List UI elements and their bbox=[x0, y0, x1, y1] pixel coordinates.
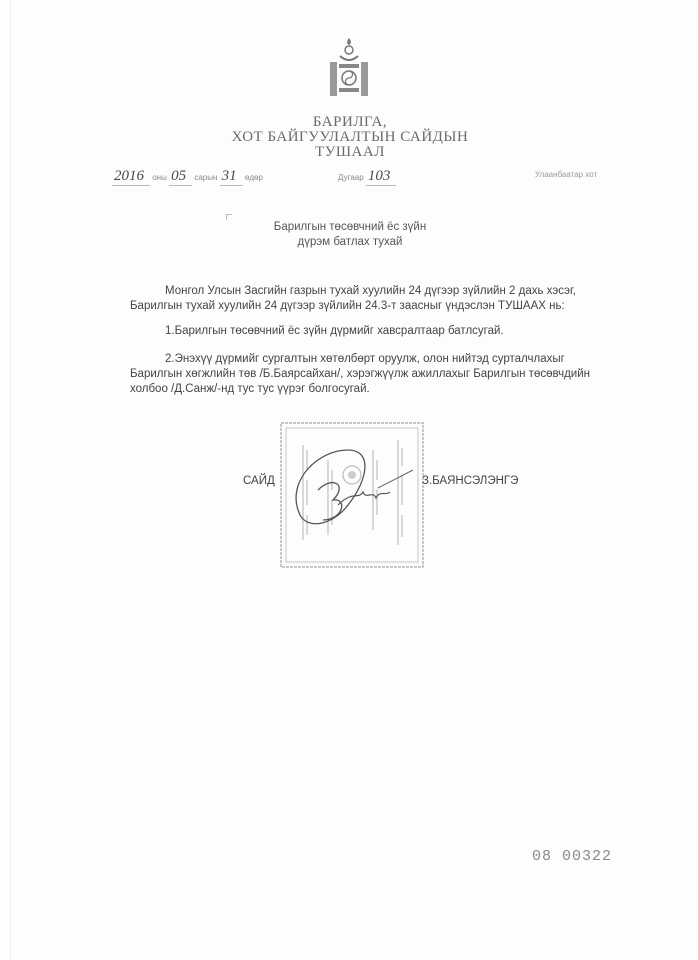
order-number: 103 bbox=[366, 168, 397, 186]
city-location: Улаанбаатар хот bbox=[535, 170, 597, 179]
date-year-label: оны bbox=[152, 173, 167, 182]
preamble-line-2: Барилгын тухай хуулийн 24 дүгээр зүйлийн… bbox=[130, 299, 665, 314]
order-number-line: Дугаар 103 bbox=[338, 168, 396, 186]
order-item-2-line-3: холбоо /Д.Санж/-нд тус тус үүрэг болгосу… bbox=[130, 382, 665, 397]
signatory-title: САЙД bbox=[243, 475, 275, 487]
date-year: 2016 bbox=[112, 168, 150, 186]
subject-line-1: Барилгын төсөвчний ёс зүйн bbox=[240, 221, 460, 233]
serial-number: 08 00322 bbox=[532, 848, 612, 865]
date-month: 05 bbox=[169, 168, 192, 186]
ministry-name-line-1: БАРИЛГА, bbox=[200, 115, 500, 130]
ministry-name-line-2: ХОТ БАЙГУУЛАЛТЫН САЙДЫН bbox=[200, 130, 500, 145]
preamble-line-1: Монгол Улсын Засгийн газрын тухай хуулий… bbox=[130, 284, 665, 299]
subject-line-2: дүрэм батлах тухай bbox=[240, 236, 460, 248]
date-day-label: өдөр bbox=[245, 173, 263, 182]
official-seal-icon bbox=[278, 420, 426, 570]
mongolia-state-emblem-icon bbox=[326, 36, 372, 98]
document-type: ТУШААЛ bbox=[200, 145, 500, 160]
scan-edge-line bbox=[10, 0, 11, 960]
date-line: 2016 оны 05 сарын 31 өдөр bbox=[112, 168, 263, 186]
order-item-1: 1.Барилгын төсөвчний ёс зүйн дүрмийг хав… bbox=[130, 324, 665, 339]
corner-mark bbox=[226, 214, 232, 220]
signatory-name: З.БАЯНСЭЛЭНГЭ bbox=[422, 475, 518, 487]
date-day: 31 bbox=[220, 168, 243, 186]
handwritten-signature-icon bbox=[296, 450, 413, 524]
order-number-label: Дугаар bbox=[338, 173, 364, 182]
date-month-label: сарын bbox=[194, 173, 217, 182]
order-item-2-line-1: 2.Энэхүү дүрмийг сургалтын хөтөлбөрт ору… bbox=[130, 352, 665, 367]
document-page: БАРИЛГА, ХОТ БАЙГУУЛАЛТЫН САЙДЫН ТУШААЛ … bbox=[0, 0, 698, 960]
order-item-2-line-2: Барилгын хөгжлийн төв /Б.Баярсайхан/, хэ… bbox=[130, 367, 665, 382]
